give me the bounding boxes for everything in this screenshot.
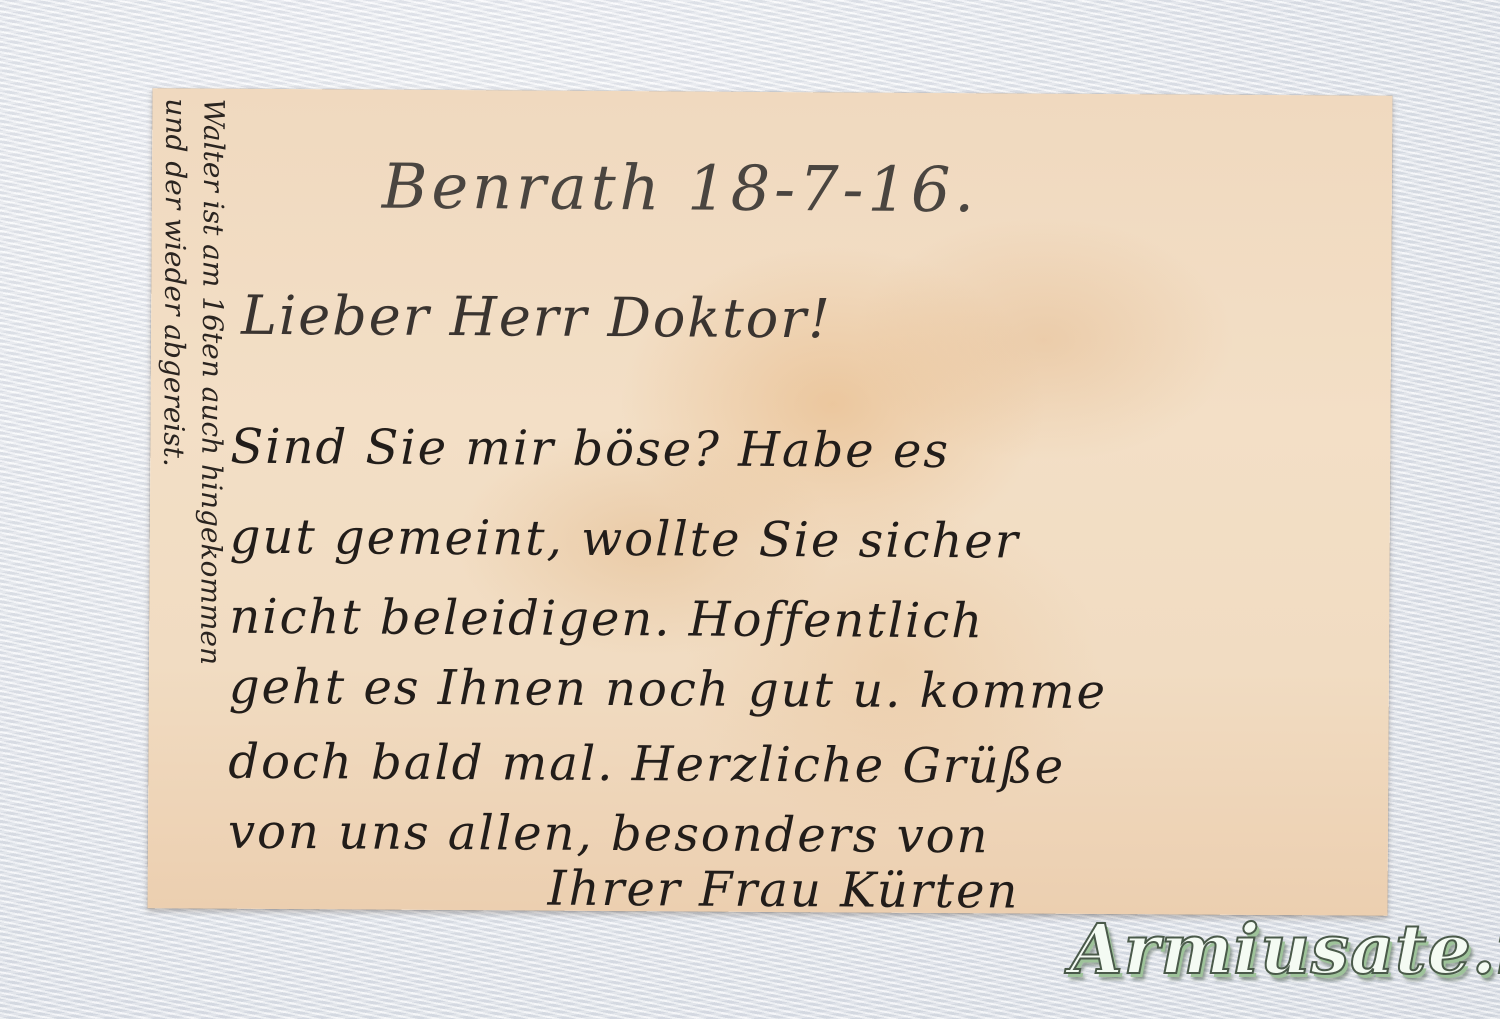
body-line: nicht beleidigen. Hoffentlich: [229, 589, 984, 650]
margin-note-line: Walter ist am 16ten auch hingekommen: [190, 98, 233, 878]
body-line: von uns allen, besonders von: [228, 804, 990, 865]
watermark-logo: Armiusate.it: [1070, 910, 1500, 990]
salutation: Lieber Herr Doktor!: [241, 284, 832, 351]
margin-note-line: und der wieder abgereist.: [152, 98, 195, 878]
body-line: Sind Sie mir böse? Habe es: [230, 419, 950, 479]
body-line: gut gemeint, wollte Sie sicher: [230, 509, 1020, 570]
signature: Ihrer Frau Kürten: [547, 861, 1019, 920]
postcard: Walter ist am 16ten auch hingekommen und…: [148, 88, 1393, 916]
body-line: doch bald mal. Herzliche Grüße: [228, 734, 1065, 795]
body-line: geht es Ihnen noch gut u. komme: [229, 659, 1107, 720]
date-line: Benrath 18-7-16.: [382, 150, 979, 227]
margin-note: Walter ist am 16ten auch hingekommen und…: [148, 98, 233, 878]
